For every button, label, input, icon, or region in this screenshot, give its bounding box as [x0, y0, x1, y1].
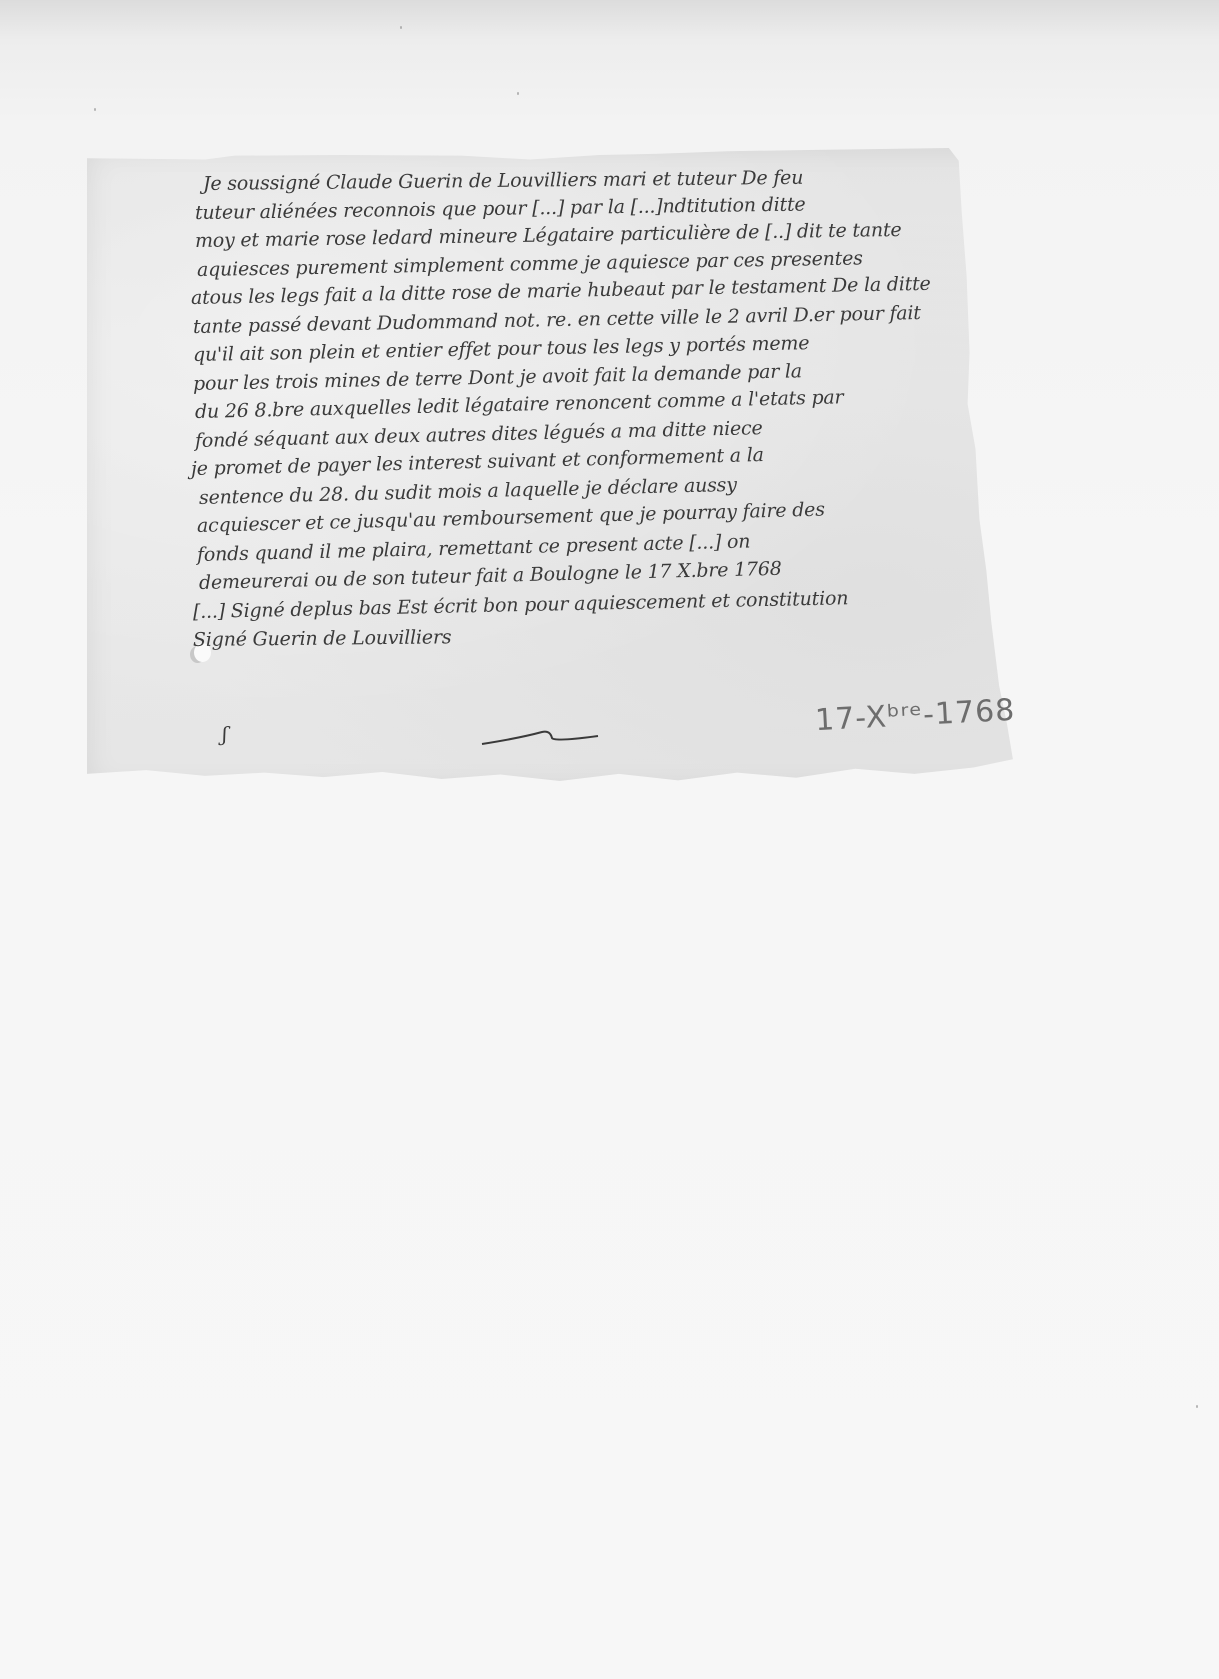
paraph-flourish — [480, 728, 600, 748]
scan-speck — [400, 26, 402, 29]
scan-speck — [1196, 1405, 1198, 1408]
scan-page: { "document": { "type": "handwritten man… — [0, 0, 1219, 1679]
scan-speck — [517, 92, 519, 95]
signature-flourish-mark: ʃ — [222, 722, 227, 746]
handwritten-text: Je soussigné Claude Guerin de Louvillier… — [203, 170, 1043, 655]
scan-speck — [94, 108, 96, 111]
